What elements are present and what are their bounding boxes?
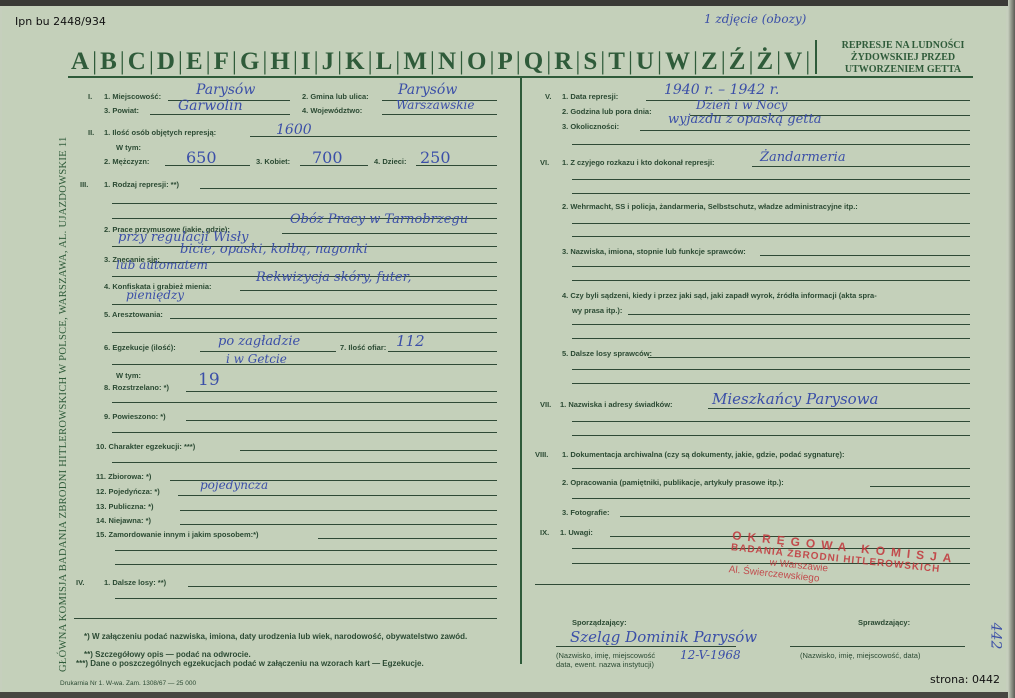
field-value-okolicznosci: wyjazdu z opaską getta	[668, 112, 821, 127]
alphabet-letter: T	[605, 48, 628, 76]
field-value-ilosc-ofiar: 112	[396, 332, 425, 350]
alphabet-letter: Q	[521, 48, 546, 76]
section-roman: I.	[88, 92, 92, 101]
field-line	[74, 618, 497, 619]
field-line	[572, 338, 970, 339]
field-value-egzekucje: po zagładzie	[218, 334, 300, 349]
field-line	[572, 421, 970, 422]
field-label: 7. Ilość ofiar:	[340, 343, 386, 352]
field-value-rozstrzelano: 19	[198, 370, 220, 390]
alphabet-letter: K	[342, 48, 367, 76]
field-label: 2. Gmina lub ulica:	[302, 92, 369, 101]
field-label: 4. Województwo:	[302, 106, 362, 115]
section-roman: IV.	[76, 578, 84, 587]
field-value-kobiet: 700	[312, 148, 343, 167]
field-label: W tym:	[116, 143, 141, 152]
field-value-wojewodztwo: Warszawskie	[396, 98, 474, 112]
field-line	[572, 280, 970, 281]
field-line	[112, 304, 497, 305]
alphabet-letter: Z	[698, 48, 721, 76]
field-line	[178, 495, 497, 496]
field-line	[640, 130, 970, 131]
title-line: REPRESJE NA LUDNOŚCI	[823, 40, 983, 52]
field-label: 2. Opracowania (pamiętniki, publikacje, …	[562, 478, 784, 487]
section-roman: III.	[80, 180, 88, 189]
alphabet-separator: |	[805, 48, 810, 76]
signature-line	[790, 646, 965, 647]
prepared-by-label: Sporządzający:	[572, 618, 627, 627]
field-label: 3. Fotografie:	[562, 508, 610, 517]
scan-edge-right	[1008, 0, 1015, 698]
field-line	[620, 516, 970, 517]
field-value-znecanie: bicie, opaski, kolbą, nagonki	[180, 242, 368, 257]
field-line	[200, 188, 497, 189]
field-line	[388, 351, 497, 352]
field-line	[572, 236, 970, 237]
institution-vertical-label: GŁÓWNA KOMISJA BADANIA ZBRODNI HITLEROWS…	[58, 62, 69, 672]
field-value-dzieci: 250	[420, 148, 451, 167]
field-line	[112, 332, 497, 333]
alphabet-letter: O	[464, 48, 489, 76]
alphabet-letter: U	[633, 48, 657, 76]
alphabet-letter: L	[373, 48, 396, 76]
caption: (Nazwisko, imię, miejscowość	[556, 651, 655, 660]
field-line	[186, 391, 497, 392]
field-line	[646, 100, 970, 101]
field-line	[572, 324, 970, 325]
field-line	[115, 550, 497, 551]
field-line	[760, 255, 970, 256]
field-label: 5. Dalsze losy sprawców:	[562, 349, 652, 358]
field-value-konfiskata: Rekwizycja skóry, futer,	[256, 270, 412, 285]
alphabet-letter: A	[68, 48, 92, 76]
field-line	[112, 432, 497, 433]
scan-edge-top	[0, 0, 1015, 6]
alphabet-letter: B	[97, 48, 120, 76]
field-label: 1. Dalsze losy: **)	[104, 578, 166, 587]
alphabet-letter: C	[125, 48, 149, 76]
field-line	[572, 435, 970, 436]
section-roman: VI.	[540, 158, 549, 167]
field-label: 1. Miejscowość:	[104, 92, 161, 101]
title-line: UTWORZENIEM GETTA	[823, 64, 983, 76]
field-line	[112, 203, 497, 204]
scan-edge-bottom	[0, 692, 1015, 698]
field-label: 11. Zbiorowa: *)	[96, 472, 151, 481]
field-value-miejscowosc: Parysów	[196, 82, 255, 98]
alphabet-letter: P	[494, 48, 515, 76]
field-label: 1. Uwagi:	[560, 528, 593, 537]
field-line	[572, 266, 970, 267]
section-roman: V.	[545, 92, 551, 101]
footnote: **) Szczegółowy opis — podać na odwrocie…	[84, 650, 251, 659]
field-line	[200, 351, 336, 352]
alphabet-letter: I	[298, 48, 314, 76]
field-value-znecanie-cont: lub automatem	[116, 258, 208, 272]
field-line	[112, 462, 497, 463]
field-line	[180, 510, 497, 511]
alphabet-letter: F	[211, 48, 232, 76]
field-line	[115, 598, 497, 599]
field-line	[870, 486, 970, 487]
field-label: 10. Charakter egzekucji: ***)	[96, 442, 195, 451]
field-value-data-represji: 1940 r. – 1942 r.	[664, 82, 779, 98]
archive-reference: Ipn bu 2448/934	[15, 15, 106, 28]
field-line	[708, 408, 970, 409]
field-value-swiadkowie: Mieszkańcy Parysowa	[712, 390, 879, 408]
field-label: 9. Powieszono: *)	[104, 412, 166, 421]
field-label: 14. Niejawna: *)	[96, 516, 151, 525]
field-label: 3. Nazwiska, imiona, stopnie lub funkcje…	[562, 247, 746, 256]
alphabet-letter: W	[662, 48, 693, 76]
field-line	[752, 166, 970, 167]
column-divider	[520, 78, 522, 664]
caption: (Nazwisko, imię, miejscowość, data)	[800, 651, 920, 660]
field-line	[180, 524, 497, 525]
field-label: 1. Dokumentacja archiwalna (czy są dokum…	[562, 450, 844, 459]
field-line	[318, 538, 497, 539]
field-line	[572, 223, 970, 224]
field-line	[240, 290, 497, 291]
signature-line	[556, 646, 736, 647]
field-line	[170, 318, 497, 319]
alphabet-letter: H	[267, 48, 292, 76]
field-label: 4. Czy byli sądzeni, kiedy i przez jaki …	[562, 291, 877, 300]
field-line	[628, 314, 970, 315]
field-line	[648, 357, 970, 358]
field-label: 6. Egzekucje (ilość):	[104, 343, 176, 352]
field-label: 4. Dzieci:	[374, 157, 407, 166]
field-label: 8. Rozstrzelano: *)	[104, 383, 169, 392]
field-line	[572, 383, 970, 384]
alphabet-letter: D	[154, 48, 178, 76]
prepared-date: 12-V-1968	[680, 648, 741, 662]
section-roman: VII.	[540, 400, 551, 409]
alphabet-letter: G	[237, 48, 262, 76]
field-label: 13. Publiczna: *)	[96, 502, 154, 511]
field-label: 2. Godzina lub pora dnia:	[562, 107, 652, 116]
prepared-by-signature: Szeląg Dominik Parysów	[570, 628, 757, 646]
alphabet-letter: N	[435, 48, 459, 76]
field-value-godzina: Dzień i w Nocy	[696, 98, 787, 112]
field-line	[572, 193, 970, 194]
handwritten-folio-number: 442	[987, 623, 1003, 650]
field-label: 12. Pojedyńcza: *)	[96, 487, 160, 496]
field-label: W tym:	[116, 371, 141, 380]
field-label: 3. Okoliczności:	[562, 122, 619, 131]
field-line	[150, 114, 290, 115]
field-value-mezczyzn: 650	[186, 148, 217, 167]
field-label: 1. Rodzaj represji: **)	[104, 180, 179, 189]
field-line	[572, 498, 970, 499]
section-roman: IX.	[540, 528, 549, 537]
field-line	[572, 369, 970, 370]
page-number: strona: 0442	[930, 673, 1000, 686]
field-value-konfiskata-cont: pieniędzy	[126, 288, 184, 302]
field-line	[572, 468, 970, 469]
field-line	[112, 364, 497, 365]
alphabet-letter: Ź	[726, 48, 749, 76]
field-line	[186, 420, 497, 421]
field-line	[382, 114, 497, 115]
field-label: 1. Z czyjego rozkazu i kto dokonał repre…	[562, 158, 715, 167]
field-line	[572, 144, 970, 145]
verified-by-label: Sprawdzający:	[858, 618, 910, 627]
alphabet-letter: J	[319, 48, 338, 76]
field-value-powiat: Garwolin	[178, 98, 243, 114]
field-label: 1. Data represji:	[562, 92, 618, 101]
handwritten-top-note: 1 zdjęcie (obozy)	[704, 12, 806, 26]
alphabet-letter: Ż	[753, 48, 776, 76]
form-title: REPRESJE NA LUDNOŚCI ŻYDOWSKIEJ PRZED UT…	[815, 40, 983, 74]
field-value-gmina: Parysów	[398, 82, 457, 98]
field-label: 2. Wehrmacht, SS i policja, żandarmeria,…	[562, 202, 858, 211]
alphabet-letter: E	[183, 48, 206, 76]
field-line	[112, 402, 497, 403]
field-line	[282, 233, 497, 234]
footnote: ***) Dane o poszczególnych egzekucjach p…	[76, 659, 424, 668]
field-label: 2. Mężczyzn:	[104, 157, 149, 166]
field-line	[572, 179, 970, 180]
field-line	[240, 450, 497, 451]
field-value-ilosc-osob: 1600	[276, 122, 312, 138]
section-roman: II.	[88, 128, 94, 137]
field-label: 3. Powiat:	[104, 106, 139, 115]
caption: data, ewent. nazwa instytucji)	[556, 660, 654, 669]
field-line	[115, 564, 497, 565]
field-value-prace: Obóz Pracy w Tarnobrzegu	[290, 212, 468, 227]
footnote: *) W załączeniu podać nazwiska, imiona, …	[84, 632, 467, 641]
field-label: 5. Aresztowania:	[104, 310, 163, 319]
alphabet-letter: R	[551, 48, 575, 76]
section-roman: VIII.	[535, 450, 548, 459]
alphabet-index: A|B|C|D|E|F|G|H|I|J|K|L|M|N|O|P|Q|R|S|T|…	[68, 46, 810, 76]
field-label: 3. Kobiet:	[256, 157, 290, 166]
field-label: 15. Zamordowanie innym i jakim sposobem:…	[96, 530, 259, 539]
field-label: wy prasa itp.):	[572, 306, 622, 315]
field-value-pojedyncza: pojedyncza	[200, 478, 268, 492]
field-label: 1. Nazwiska i adresy świadków:	[560, 400, 673, 409]
field-label: 1. Ilość osób objętych represją:	[104, 128, 216, 137]
alphabet-letter: M	[400, 48, 430, 76]
printer-imprint: Drukarnia Nr 1. W-wa. Zam. 1308/67 — 25 …	[60, 680, 196, 687]
alphabet-letter: S	[580, 48, 600, 76]
field-line	[188, 586, 497, 587]
title-line: ŻYDOWSKIEJ PRZED	[823, 52, 983, 64]
scanned-document: Ipn bu 2448/934 strona: 0442 1 zdjęcie (…	[0, 0, 1015, 698]
alphabet-letter: V	[781, 48, 805, 76]
field-value-kto-dokonal: Żandarmeria	[760, 150, 846, 165]
